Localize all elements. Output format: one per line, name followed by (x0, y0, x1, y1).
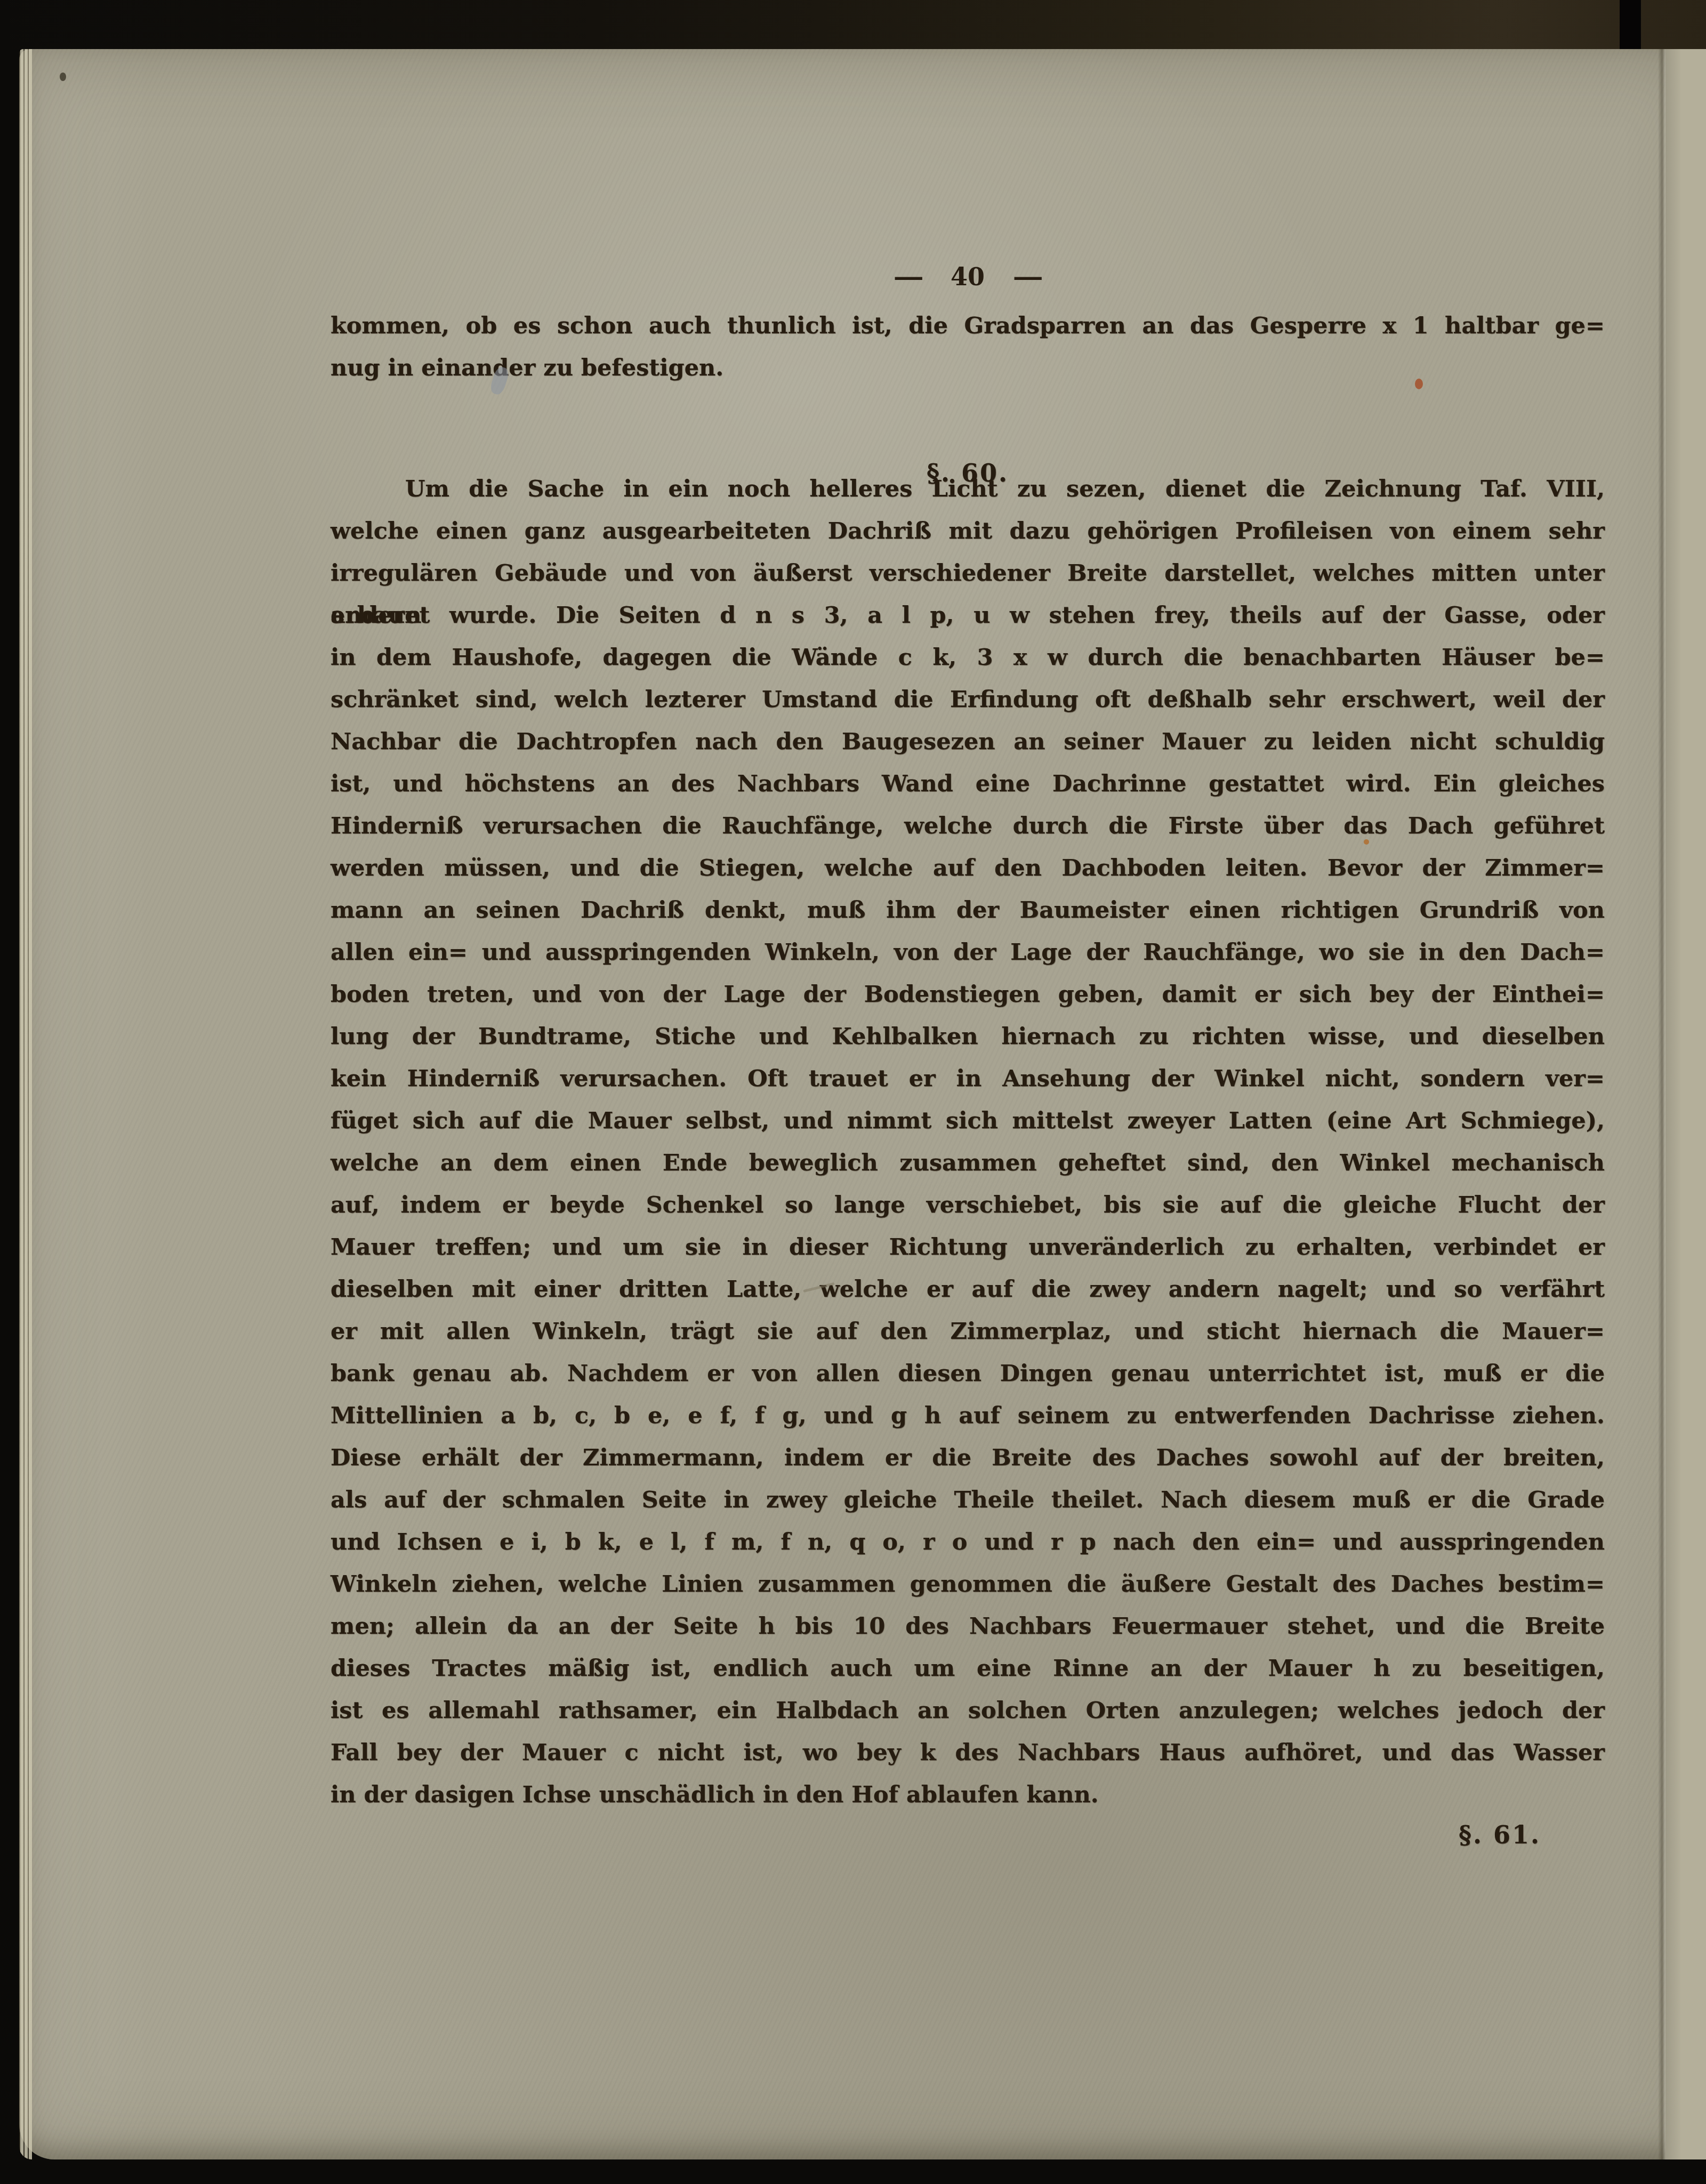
text-line: allen ein= und ausspringenden Winkeln, v… (331, 932, 1605, 974)
text-line: kein Hinderniß verursachen. Oft trauet e… (331, 1058, 1605, 1100)
paragraph-continuation: kommen, ob es schon auch thunlich ist, d… (331, 305, 1605, 389)
paper-speck-red (1415, 379, 1423, 389)
page-right-crease (1658, 49, 1665, 2159)
paper-speck-dark (60, 73, 66, 81)
text-line: auf, indem er beyde Schenkel so lange ve… (331, 1184, 1605, 1226)
text-line: ist, und höchstens an des Nachbars Wand … (331, 763, 1605, 805)
text-line: in dem Haushofe, dagegen die Wände c k, … (331, 637, 1605, 679)
text-line: Nachbar die Dachtropfen nach den Baugese… (331, 721, 1605, 763)
text-line: dieselben mit einer dritten Latte, welch… (331, 1268, 1605, 1311)
text-line: ist es allemahl rathsamer, ein Halbdach … (331, 1690, 1605, 1732)
text-line: füget sich auf die Mauer selbst, und nim… (331, 1100, 1605, 1142)
page-header: — 40 — (331, 262, 1605, 291)
header-dash-left: — (893, 262, 922, 291)
text-line: Mittellinien a b, c, b e, e f, f g, und … (331, 1395, 1605, 1437)
text-line: Um die Sache in ein noch helleres Licht … (331, 468, 1605, 510)
paragraph-section-60: Um die Sache in ein noch helleres Licht … (331, 468, 1605, 1816)
text-line: kommen, ob es schon auch thunlich ist, d… (331, 305, 1605, 347)
text-line: Winkeln ziehen, welche Linien zusammen g… (331, 1563, 1605, 1605)
text-line: und Ichsen e i, b k, e l, f m, f n, q o,… (331, 1521, 1605, 1563)
section-heading-61: §. 61. (331, 1814, 1605, 1856)
scan-background-top-band (0, 0, 1706, 50)
text-line: schränket sind, welch lezterer Umstand d… (331, 679, 1605, 721)
page-deckle-edges (19, 49, 32, 2159)
text-line: boden treten, und von der Lage der Boden… (331, 974, 1605, 1016)
text-line: als auf der schmalen Seite in zwey gleic… (331, 1479, 1605, 1521)
header-dash-right: — (1013, 262, 1042, 291)
text-line: welche an dem einen Ende beweglich zusam… (331, 1142, 1605, 1184)
text-line: Diese erhält der Zimmermann, indem er di… (331, 1437, 1605, 1479)
scanned-book-photo: { "header": { "dash_left": "—", "page_nu… (0, 0, 1706, 2184)
book-page: — 40 — kommen, ob es schon auch thunlich… (19, 49, 1706, 2159)
text-line: in der dasigen Ichse unschädlich in den … (331, 1774, 1605, 1816)
text-line: werden müssen, und die Stiegen, welche a… (331, 847, 1605, 889)
text-line: er mit allen Winkeln, trägt sie auf den … (331, 1311, 1605, 1353)
text-line: men; allein da an der Seite h bis 10 des… (331, 1605, 1605, 1648)
underlying-page-sliver (1665, 49, 1706, 2159)
scan-background-notch (1620, 0, 1641, 53)
paper-speck-orange (1364, 839, 1369, 845)
text-line: Fall bey der Mauer c nicht ist, wo bey k… (331, 1732, 1605, 1774)
text-line: Mauer treffen; und um sie in dieser Rich… (331, 1226, 1605, 1268)
text-line: Hinderniß verursachen die Rauchfänge, we… (331, 805, 1605, 847)
text-line: welche einen ganz ausgearbeiteten Dachri… (331, 510, 1605, 552)
text-line: dieses Tractes mäßig ist, endlich auch u… (331, 1648, 1605, 1690)
page-number: 40 (951, 262, 985, 291)
text-line: mann an seinen Dachriß denkt, muß ihm de… (331, 889, 1605, 932)
text-line: bank genau ab. Nachdem er von allen dies… (331, 1353, 1605, 1395)
text-line: lung der Bundtrame, Stiche und Kehlbalke… (331, 1016, 1605, 1058)
text-line: irregulären Gebäude und von äußerst vers… (331, 552, 1605, 595)
text-line: erbauet wurde. Die Seiten d n s 3, a l p… (331, 595, 1605, 637)
text-line: nug in einander zu befestigen. (331, 347, 1605, 389)
